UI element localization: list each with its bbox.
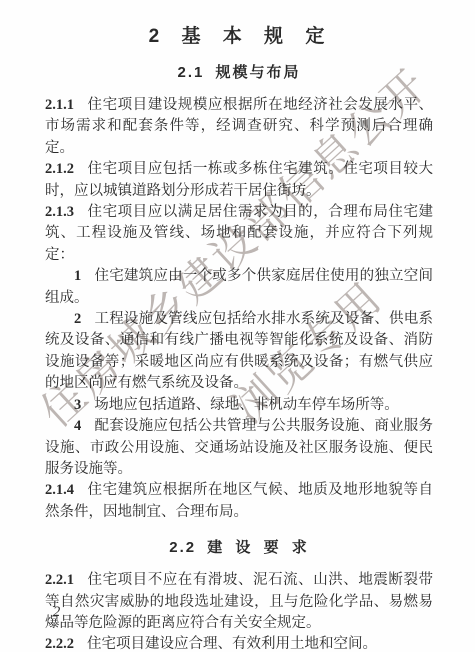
clause-number: 2.1.3 bbox=[45, 204, 74, 220]
section-heading: 2.1 规模与布局 bbox=[45, 64, 433, 81]
list-item-paragraph: 2工程设施及管线应包括给水排水系统及设备、供电系统及设备、通信和有线广播电视等智… bbox=[45, 309, 433, 395]
clause-text: 工程设施及管线应包括给水排水系统及设备、供电系统及设备、通信和有线广播电视等智能… bbox=[45, 311, 433, 391]
page-content: 2 基 本 规 定2.1 规模与布局2.1.1住宅项目建设规模应根据所在地经济社… bbox=[45, 0, 433, 652]
clause-paragraph: 2.1.2住宅项目应包括一栋或多栋住宅建筑。住宅项目较大时，应以城镇道路划分形成… bbox=[45, 159, 433, 202]
clause-number: 2.1.2 bbox=[45, 161, 74, 177]
clause-number: 3 bbox=[74, 397, 81, 413]
clause-number: 2.1.1 bbox=[45, 97, 74, 113]
clause-paragraph: 2.2.1住宅项目不应在有滑坡、泥石流、山洪、地震断裂带等自然灾害威胁的地段选址… bbox=[45, 570, 433, 634]
clause-text: 住宅项目不应在有滑坡、泥石流、山洪、地震断裂带等自然灾害威胁的地段选址建设，且与… bbox=[45, 572, 433, 631]
clause-paragraph: 2.1.3住宅项目应以满足居住需求为目的，合理布局住宅建筑、工程设施及管线、场地… bbox=[45, 202, 433, 266]
clause-paragraph: 2.2.2住宅项目建设应合理、有效利用土地和空间。 bbox=[45, 634, 433, 652]
section-heading: 2.2 建 设 要 求 bbox=[45, 539, 433, 556]
list-item-paragraph: 3场地应包括道路、绿地、非机动车停车场所等。 bbox=[45, 395, 433, 416]
clause-text: 住宅建筑应根据所在地区气候、地质及地形地貌等自然条件，因地制宜、合理布局。 bbox=[45, 482, 433, 519]
clause-text: 场地应包括道路、绿地、非机动车停车场所等。 bbox=[94, 397, 399, 413]
chapter-heading: 2 基 本 规 定 bbox=[45, 26, 433, 48]
list-item-paragraph: 1住宅建筑应由一个或多个供家庭居住使用的独立空间组成。 bbox=[45, 266, 433, 309]
clause-text: 住宅项目建设应合理、有效利用土地和空间。 bbox=[87, 636, 377, 652]
clause-text: 住宅建筑应由一个或多个供家庭居住使用的独立空间组成。 bbox=[45, 268, 433, 305]
clause-text: 住宅项目应以满足居住需求为目的，合理布局住宅建筑、工程设施及管线、场地和配套设施… bbox=[45, 204, 433, 263]
list-item-paragraph: 4配套设施应包括公共管理与公共服务设施、商业服务设施、市政公用设施、交通场站设施… bbox=[45, 416, 433, 480]
clause-number: 4 bbox=[74, 418, 81, 434]
document-page: 住房城乡建设部信息公开 浏览专用 2 基 本 规 定2.1 规模与布局2.1.1… bbox=[0, 0, 475, 652]
clause-paragraph: 2.1.1住宅项目建设规模应根据所在地经济社会发展水平、市场需求和配套条件等，经… bbox=[45, 95, 433, 159]
clause-text: 住宅项目应包括一栋或多栋住宅建筑。住宅项目较大时，应以城镇道路划分形成若干居住街… bbox=[45, 161, 433, 198]
clause-number: 2.2.2 bbox=[45, 636, 74, 652]
clause-paragraph: 2.1.4住宅建筑应根据所在地区气候、地质及地形地貌等自然条件，因地制宜、合理布… bbox=[45, 480, 433, 523]
clause-number: 2.1.4 bbox=[45, 482, 74, 498]
clause-number: 2.2.1 bbox=[45, 572, 74, 588]
clause-text: 住宅项目建设规模应根据所在地经济社会发展水平、市场需求和配套条件等，经调查研究、… bbox=[45, 97, 433, 156]
clause-number: 1 bbox=[74, 268, 81, 284]
clause-number: 2 bbox=[74, 311, 81, 327]
page-number: 2 bbox=[53, 604, 60, 621]
clause-text: 配套设施应包括公共管理与公共服务设施、商业服务设施、市政公用设施、交通场站设施及… bbox=[45, 418, 433, 477]
